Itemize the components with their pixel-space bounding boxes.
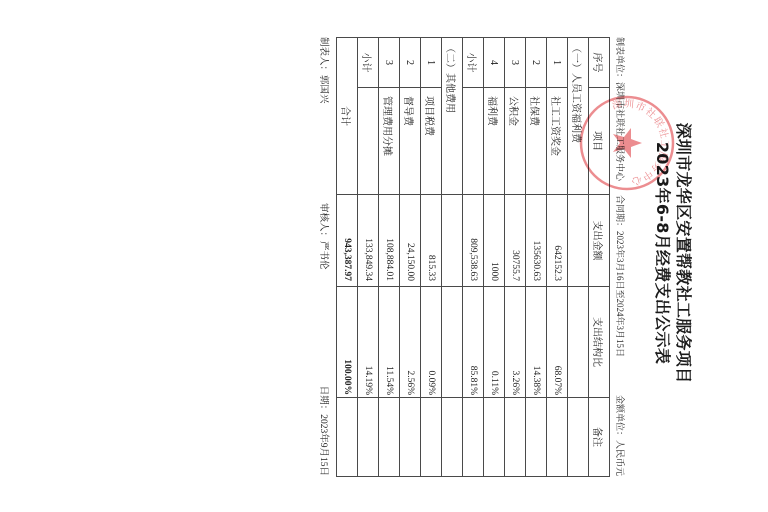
row-no: 4 (484, 38, 505, 88)
row-ratio: 11.54% (379, 287, 400, 398)
subtotal-amount: 809,538.63 (463, 195, 484, 287)
total-note (337, 398, 358, 477)
row-note (547, 398, 568, 477)
total-amount: 943,387.97 (337, 195, 358, 287)
row-no: 3 (505, 38, 526, 88)
currency-unit: 金额单位：人民币元 (614, 356, 626, 476)
row-item: 管理费用分摊 (379, 88, 400, 195)
row-amount: 815.33 (421, 195, 442, 287)
contract-period: 合同期：2023年3月16日至2024年3月15日 (614, 195, 626, 357)
table-row: 1 社工工资奖金 642152.3 68.07% (547, 38, 568, 477)
row-ratio: 2.56% (400, 287, 421, 398)
row-no: 1 (421, 38, 442, 88)
row-ratio: 0.11% (484, 287, 505, 398)
row-no: 1 (547, 38, 568, 88)
empty-cell (442, 398, 463, 477)
reviewer: 审核人：严书伦 (317, 203, 329, 270)
row-note (526, 398, 547, 477)
row-ratio: 14.38% (526, 287, 547, 398)
table-row: 3 公积金 30755.7 3.26% (505, 38, 526, 477)
section-label: （二）其他费用 (442, 38, 463, 195)
row-note (421, 398, 442, 477)
empty-cell (463, 88, 484, 195)
section-row: （二）其他费用 (442, 38, 463, 477)
empty-cell (358, 88, 379, 195)
subtotal-ratio: 14.19% (358, 287, 379, 398)
table-row: 4 福利费 1000 0.11% (484, 38, 505, 477)
total-label: 合计 (337, 38, 358, 195)
empty-cell (568, 398, 589, 477)
subtotal-note (463, 398, 484, 477)
empty-cell (568, 287, 589, 398)
table-row: 1 项目税费 815.33 0.09% (421, 38, 442, 477)
row-note (505, 398, 526, 477)
subtotal-ratio: 85.81% (463, 287, 484, 398)
total-ratio: 100.00% (337, 287, 358, 398)
row-item: 社工工资奖金 (547, 88, 568, 195)
header-ratio: 支出结构比 (589, 287, 610, 398)
header-amount: 支出金额 (589, 195, 610, 287)
seal-star-icon (613, 128, 642, 158)
empty-cell (568, 195, 589, 287)
row-amount: 642152.3 (547, 195, 568, 287)
official-seal-icon: 深圳市社联社工服务中心 (579, 95, 675, 191)
row-item: 社保费 (526, 88, 547, 195)
empty-cell (442, 195, 463, 287)
row-amount: 24,150.00 (400, 195, 421, 287)
row-item: 督导费 (400, 88, 421, 195)
preparer: 制表人：郭国兴 (317, 37, 329, 104)
total-row: 合计 943,387.97 100.00% (337, 38, 358, 477)
subtotal-label: 小计 (463, 38, 484, 88)
expense-table-container: 序号 项目 支出金额 支出结构比 备注 （一）人员工资福利费 1 社工工资奖金 … (336, 37, 610, 477)
row-item: 项目税费 (421, 88, 442, 195)
row-note (379, 398, 400, 477)
row-no: 3 (379, 38, 400, 88)
expense-table: 序号 项目 支出金额 支出结构比 备注 （一）人员工资福利费 1 社工工资奖金 … (336, 37, 610, 477)
document-title: 深圳市龙华区安置帮教社工服务项目 (674, 0, 692, 506)
table-row: 2 督导费 24,150.00 2.56% (400, 38, 421, 477)
document-date: 日期：2023年9月15日 (317, 356, 329, 476)
row-ratio: 68.07% (547, 287, 568, 398)
row-amount: 135630.63 (526, 195, 547, 287)
header-no: 序号 (589, 38, 610, 88)
expense-disclosure-document: 深圳市龙华区安置帮教社工服务项目 2023年6-8月经费支出公示表 制表单位：深… (0, 0, 768, 512)
subtotal-row: 小计 133,849.34 14.19% (358, 38, 379, 477)
table-row: 3 管理费用分摊 108,884.01 11.54% (379, 38, 400, 477)
row-no: 2 (526, 38, 547, 88)
row-amount: 1000 (484, 195, 505, 287)
row-no: 2 (400, 38, 421, 88)
table-row: 2 社保费 135630.63 14.38% (526, 38, 547, 477)
header-note: 备注 (589, 398, 610, 477)
row-note (484, 398, 505, 477)
row-ratio: 0.09% (421, 287, 442, 398)
row-item: 公积金 (505, 88, 526, 195)
subtotal-label: 小计 (358, 38, 379, 88)
row-item: 福利费 (484, 88, 505, 195)
row-amount: 108,884.01 (379, 195, 400, 287)
empty-cell (442, 287, 463, 398)
row-note (400, 398, 421, 477)
subtotal-row: 小计 809,538.63 85.81% (463, 38, 484, 477)
row-amount: 30755.7 (505, 195, 526, 287)
document-subtitle: 2023年6-8月经费支出公示表 (653, 0, 671, 506)
row-ratio: 3.26% (505, 287, 526, 398)
subtotal-note (358, 398, 379, 477)
subtotal-amount: 133,849.34 (358, 195, 379, 287)
